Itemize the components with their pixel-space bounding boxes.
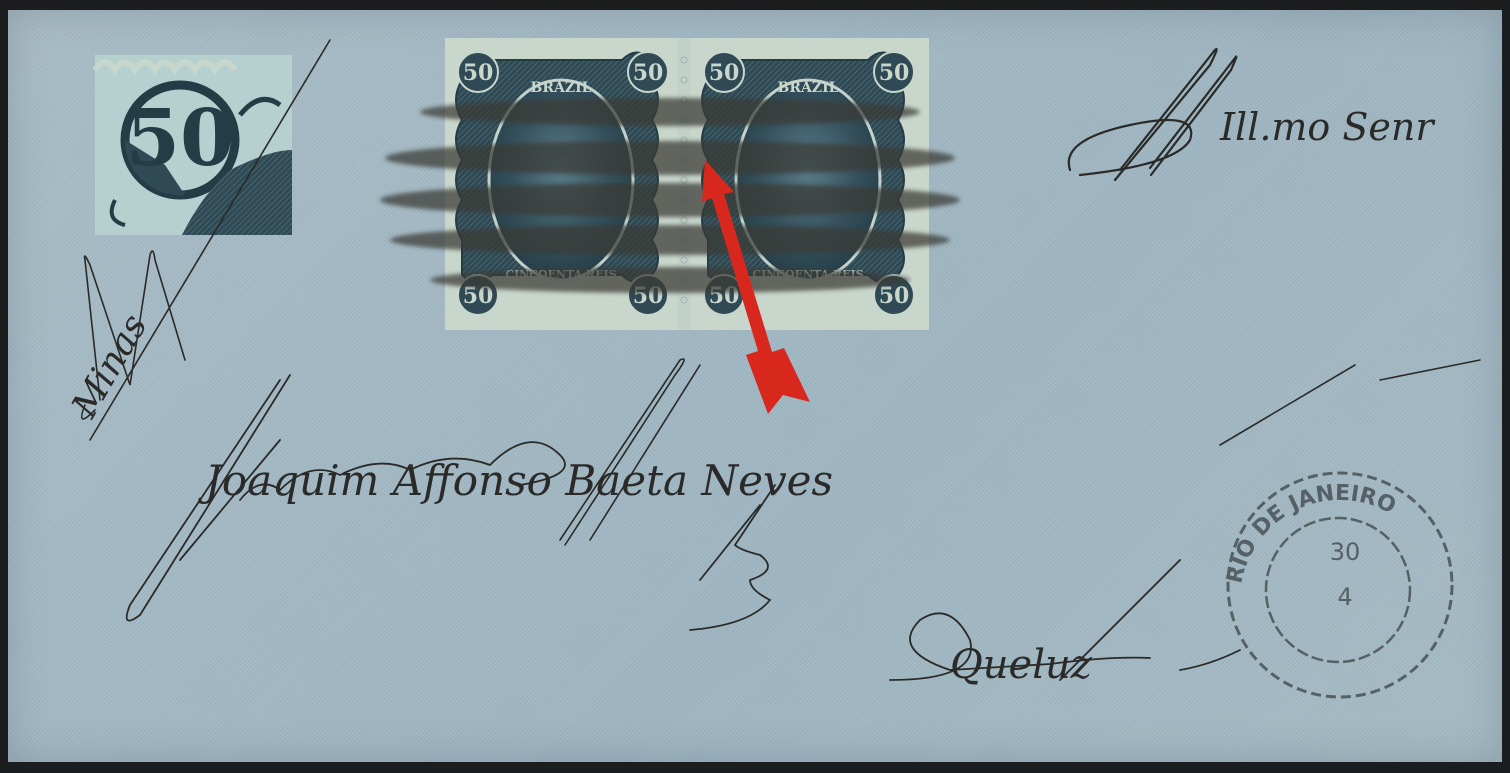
destination-text: Queluz <box>950 642 1093 688</box>
circular-datestamp: RIO DE JANEIRO 30 4 <box>1222 473 1452 697</box>
corner-numeral: 50 <box>463 60 494 86</box>
svg-text:RIO DE JANEIRO: RIO DE JANEIRO <box>1222 481 1399 586</box>
inset-numeral: 50 <box>126 93 235 184</box>
country-inscription: BRAZIL <box>531 80 592 96</box>
corner-numeral: 50 <box>633 60 664 86</box>
datestamp-day: 30 <box>1330 538 1361 566</box>
inset-detail: 50 <box>95 55 292 235</box>
datestamp-month: 4 <box>1337 583 1352 611</box>
addressee-text: Joaquim Affonso Baeta Neves <box>197 456 833 505</box>
cover-artwork: 50 50 50 50 50 BRAZIL CINCOENTA REIS <box>0 0 1510 773</box>
corner-numeral: 50 <box>879 283 910 309</box>
country-inscription: BRAZIL <box>778 80 839 96</box>
corner-numeral: 50 <box>709 60 740 86</box>
salutation-text: Ill.mo Senr <box>1219 105 1436 149</box>
corner-numeral: 50 <box>879 60 910 86</box>
